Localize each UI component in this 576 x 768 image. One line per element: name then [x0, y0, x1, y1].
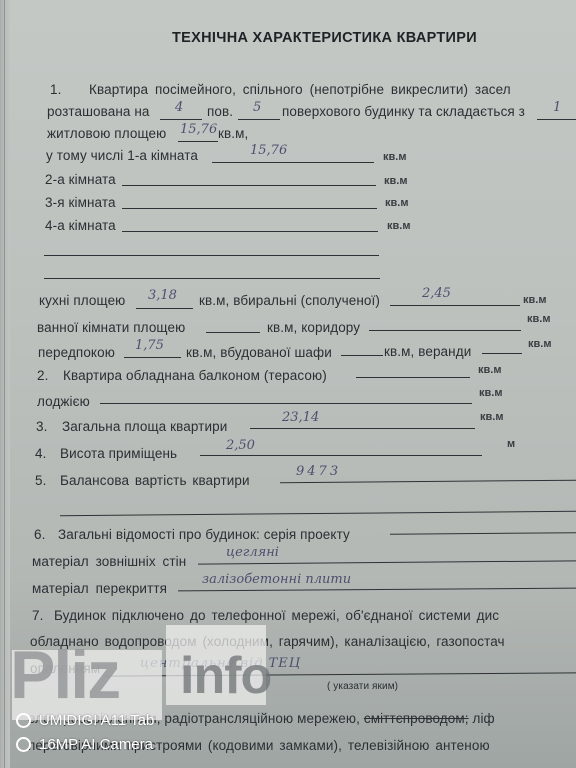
section-7-number: 7.: [32, 608, 43, 623]
section-7-line4-b: ліф: [472, 711, 494, 726]
kitchen-unit: кв.м, вбиральні (сполученої): [199, 293, 380, 308]
section-3-number: 3.: [36, 419, 47, 434]
section-2-number: 2.: [37, 368, 48, 383]
section-7-line1: Будинок підключено до телефонної мережі,…: [54, 608, 499, 623]
camera-spec: 16MP AI Camera: [39, 736, 153, 753]
room-1-value: 15,76: [250, 143, 287, 158]
room-3-label: 3-я кімната: [45, 195, 116, 210]
living-area-value: 15,76: [180, 122, 217, 137]
circle-icon: [16, 737, 31, 752]
ceiling-value: залізобетонні плити: [202, 572, 351, 587]
room-4-unit: кв.м: [387, 220, 410, 232]
balance-value: 9473: [296, 464, 341, 479]
hall-value: 1,75: [135, 338, 164, 353]
corridor-unit: кв.м: [527, 313, 550, 325]
walls-value: цегляні: [226, 545, 279, 560]
section-1-number: 1.: [50, 82, 61, 97]
building-label: поверхового будинку та складається з: [282, 104, 525, 119]
total-area-unit: кв.м: [480, 411, 503, 423]
walls-label: матеріал зовнішніх стін: [32, 554, 186, 569]
watermark-logo-pliz: Pliz: [10, 636, 119, 714]
height-label: Висота приміщень: [60, 446, 177, 461]
hall-unit: кв.м, вбудованої шафи: [186, 345, 332, 360]
living-area-label: житловою площею: [47, 126, 166, 141]
garbage-chute-struck: сміттєпроводом;: [364, 711, 469, 726]
hall-label: передпокою: [38, 345, 115, 360]
height-unit: м: [507, 438, 515, 450]
circle-icon: [16, 713, 31, 728]
room-2-label: 2-а кімната: [45, 172, 116, 187]
veranda-unit: кв.м: [528, 338, 551, 350]
room-4-label: 4-а кімната: [45, 218, 116, 233]
ceiling-label: матеріал перекриття: [32, 581, 167, 596]
kitchen-label: кухні площею: [39, 293, 125, 308]
room-3-unit: кв.м: [385, 197, 408, 209]
room-2-unit: кв.м: [384, 175, 407, 187]
section-5-number: 5.: [35, 473, 46, 488]
rooms-value: 1: [553, 100, 561, 115]
heating-hint: ( указати яким): [327, 681, 398, 692]
balance-value-label: Балансова вартість квартири: [60, 473, 250, 488]
watermark-logo-info: info: [180, 646, 271, 706]
camera-spec-label: 16MP AI Camera: [16, 736, 153, 753]
section-1-line1: Квартира посімейного, спільного (непотрі…: [89, 82, 511, 97]
page-title: ТЕХНІЧНА ХАРАКТЕРИСТИКА КВАРТИРИ: [172, 30, 477, 46]
room-1-label: у тому числі 1-а кімната: [46, 148, 198, 163]
camera-device-label: UMIDIGI A11 Tab: [16, 712, 154, 729]
total-area-value: 23,14: [282, 410, 319, 425]
floor-value: 4: [175, 100, 183, 115]
closet-unit: кв.м, веранди: [384, 344, 471, 359]
balcony-label: Квартира обладнана балконом (терасою): [63, 368, 327, 383]
toilet-value: 2,45: [422, 286, 451, 301]
location-label: розташована на: [47, 104, 150, 119]
height-value: 2,50: [226, 438, 255, 453]
kitchen-value: 3,18: [148, 288, 177, 303]
balcony-unit: кв.м: [478, 364, 501, 376]
floor-suffix: пов.: [207, 104, 233, 119]
floors-total-value: 5: [253, 100, 261, 115]
bath-label: ванної кімнати площею: [37, 320, 185, 335]
device-name: UMIDIGI A11 Tab: [39, 712, 154, 729]
living-area-unit: кв.м,: [218, 126, 248, 141]
loggia-label: лоджією: [37, 394, 90, 409]
total-area-label: Загальна площа квартири: [62, 419, 227, 434]
bath-unit: кв.м, коридору: [267, 320, 360, 335]
section-4-number: 4.: [35, 446, 46, 461]
toilet-unit: кв.м: [523, 294, 546, 306]
room-1-unit: кв.м: [383, 151, 406, 163]
building-info-label: Загальні відомості про будинок: серія пр…: [58, 527, 350, 542]
section-6-number: 6.: [34, 527, 45, 542]
loggia-unit: кв.м: [479, 387, 502, 399]
